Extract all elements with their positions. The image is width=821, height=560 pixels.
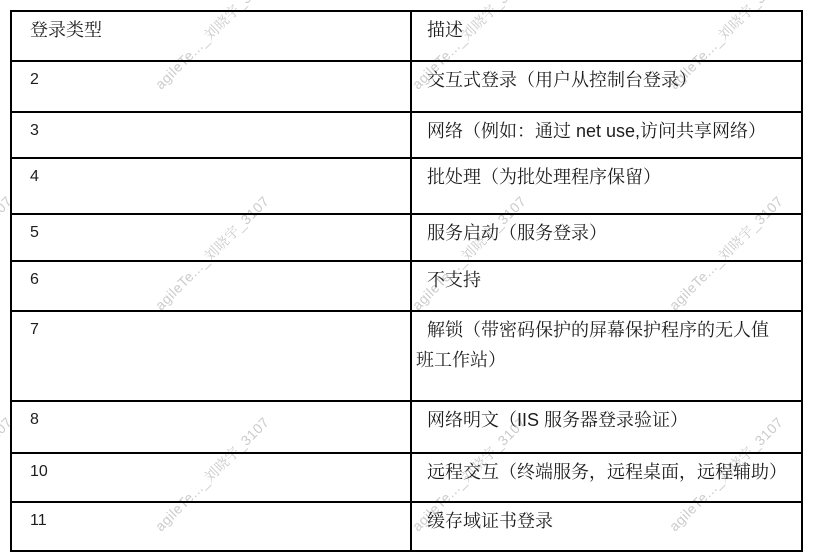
table-row: 11缓存域证书登录 — [11, 502, 802, 551]
logon-type-cell: 11 — [11, 502, 411, 551]
logon-type-cell: 6 — [11, 261, 411, 311]
table-row: 2交互式登录（用户从控制台登录） — [11, 61, 802, 112]
description-column-header: 描述 — [411, 11, 802, 61]
table-row: 4批处理（为批处理程序保留） — [11, 158, 802, 214]
logon-type-cell: 4 — [11, 158, 411, 214]
table-row: 5服务启动（服务登录） — [11, 214, 802, 261]
logon-type-cell: 7 — [11, 311, 411, 401]
table-row: 7解锁（带密码保护的屏幕保护程序的无人值班工作站） — [11, 311, 802, 401]
logon-type-cell: 10 — [11, 453, 411, 502]
description-cell: 远程交互（终端服务，远程桌面，远程辅助） — [411, 453, 802, 502]
logon-type-cell: 5 — [11, 214, 411, 261]
description-cell: 不支持 — [411, 261, 802, 311]
description-cell: 网络明文（IIS 服务器登录验证） — [411, 401, 802, 453]
logon-types-table: 登录类型 描述 2交互式登录（用户从控制台登录）3网络（例如：通过 net us… — [10, 10, 803, 552]
table-row: 6不支持 — [11, 261, 802, 311]
description-cell: 网络（例如：通过 net use,访问共享网络） — [411, 112, 802, 158]
description-cell: 服务启动（服务登录） — [411, 214, 802, 261]
logon-type-cell: 8 — [11, 401, 411, 453]
table-row: 10远程交互（终端服务，远程桌面，远程辅助） — [11, 453, 802, 502]
table-row: 8网络明文（IIS 服务器登录验证） — [11, 401, 802, 453]
table-row: 3网络（例如：通过 net use,访问共享网络） — [11, 112, 802, 158]
logon-type-column-header: 登录类型 — [11, 11, 411, 61]
logon-type-cell: 3 — [11, 112, 411, 158]
description-cell: 解锁（带密码保护的屏幕保护程序的无人值班工作站） — [411, 311, 802, 401]
description-cell: 缓存域证书登录 — [411, 502, 802, 551]
document-page: agileTe..._刘晓宇_3107agileTe..._刘晓宇_3107ag… — [0, 0, 821, 560]
table-body: 2交互式登录（用户从控制台登录）3网络（例如：通过 net use,访问共享网络… — [11, 61, 802, 551]
table-header-row: 登录类型 描述 — [11, 11, 802, 61]
description-cell: 批处理（为批处理程序保留） — [411, 158, 802, 214]
description-cell: 交互式登录（用户从控制台登录） — [411, 61, 802, 112]
logon-type-cell: 2 — [11, 61, 411, 112]
